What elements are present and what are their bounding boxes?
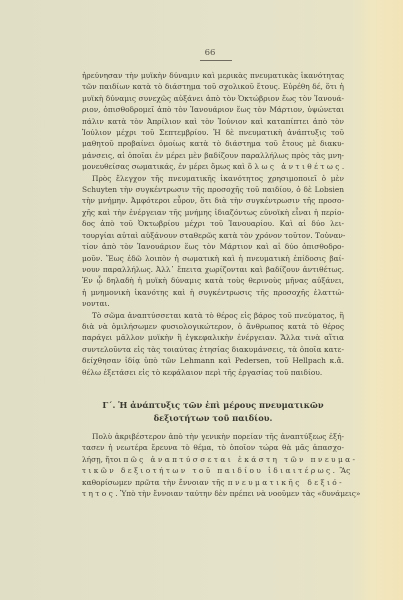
- section-heading: Γ΄. Ἡ ἀνάπτυξις τῶν ἐπὶ μέρους πνευματικ…: [82, 399, 344, 424]
- text-line: τὴν μνήμην. Ἀμφότεροι εὗρον, ὅτι διὰ τὴν…: [82, 195, 344, 206]
- paragraph-2: Πρὸς ἔλεγχον τῆς πνευματικῆς ἱκανότητος …: [82, 173, 344, 310]
- section-heading-line-2: δεξιοτήτων τοῦ παιδίου.: [82, 412, 344, 425]
- text-line: δος ἀπὸ τοῦ Ὀκτωβρίου μέχρι τοῦ Ἰανουαρί…: [82, 218, 344, 229]
- text-line: παράγει μᾶλλον μυϊκὴν ἢ ἐγκεφαλικὴν ἐνέρ…: [82, 332, 344, 343]
- text-line: μονευθείσας σωματικάς, ἐν μέρει ὅμως καὶ…: [82, 161, 344, 172]
- text-line: μοῦν. Ἕως ἐδῶ λοιπὸν ἡ σωματικὴ καὶ ἡ πν…: [82, 253, 344, 264]
- text-fragment: καθορίσωμεν πρῶτα τὴν ἔννοιαν τῆς: [82, 478, 228, 487]
- page-number: 66: [186, 48, 234, 58]
- text-line: ριον, ὀπισθοδρομεῖ ἀπὸ τὸν Ἰανουάριον ἕω…: [82, 104, 344, 115]
- text-line: Ἐν ᾧ δηλαδὴ ἡ μυϊκὴ δύναμις κατὰ τοὺς θε…: [82, 275, 344, 286]
- emphasized-text: ὅλως ἀντιθέτως.: [248, 162, 347, 171]
- text-line: ἡ μνημονικὴ ἱκανότης καὶ ἡ συγκέντρωσις …: [82, 287, 344, 298]
- text-line: θέλω ἐξετάσει εἰς τὸ κεφάλαιον περὶ τῆς …: [82, 367, 344, 378]
- text-line: τικῶν δεξιοτήτων τοῦ παιδίου ἰδιαιτέρως.…: [82, 465, 344, 476]
- text-fragment: λήσῃ, ἤτοι: [82, 455, 124, 464]
- body-text-upper: ἠρεύνησαν τὴν μυϊκὴν δύναμιν καὶ μερικὰς…: [82, 70, 344, 378]
- scanned-page: 66 ἠρεύνησαν τὴν μυϊκὴν δύναμιν καὶ μερι…: [0, 0, 403, 600]
- text-line: Τὸ σῶμα ἀναπτύσσεται κατὰ τὸ θέρος εἰς β…: [82, 310, 344, 321]
- text-line: ἠρεύνησαν τὴν μυϊκὴν δύναμιν καὶ μερικὰς…: [82, 70, 344, 81]
- paragraph-4: Πολὺ ἀκριβέστερον ἀπὸ τὴν γενικὴν πορεία…: [82, 431, 344, 499]
- paragraph-3: Τὸ σῶμα ἀναπτύσσεται κατὰ τὸ θέρος εἰς β…: [82, 310, 344, 378]
- emphasized-text: πῶς ἀναπτύσσεται ἑκάστη τῶν πνευμα-: [124, 455, 358, 464]
- text-line: δείχθησαν ἰδίᾳ ὑπὸ τῶν Lehmann καὶ Peder…: [82, 355, 344, 366]
- emphasized-text: τητος.: [82, 489, 120, 498]
- text-line: διὰ νὰ ὁμιλήσωμεν φυσιολογικώτερον, ὁ ἄν…: [82, 321, 344, 332]
- text-line: Schuyten τὴν συγκέντρωσιν τῆς προσοχῆς τ…: [82, 184, 344, 195]
- text-line: μαθητοῦ προβαίνει ὁμοίως κατὰ τὸ διάστημ…: [82, 138, 344, 149]
- text-line: Πολὺ ἀκριβέστερον ἀπὸ τὴν γενικὴν πορεία…: [82, 431, 344, 442]
- page-number-rule: [200, 60, 232, 61]
- text-fragment: Ἂς: [337, 466, 350, 475]
- text-line: τίον ἀπὸ τὸν Ἰανουάριον ἕως τὸν Μάρτιον …: [82, 241, 344, 252]
- emphasized-text: τικῶν δεξιοτήτων τοῦ παιδίου ἰδιαιτέρως.: [82, 466, 337, 475]
- text-line: τασεν ἡ νεωτέρα ἔρευνα τὸ θέμα, τὸ ὁποῖο…: [82, 442, 344, 453]
- text-line: λήσῃ, ἤτοι πῶς ἀναπτύσσεται ἑκάστη τῶν π…: [82, 454, 344, 465]
- text-line: τουργίαι αὐταὶ αὐξάνουν σταθερῶς κατὰ τὸ…: [82, 230, 344, 241]
- section-heading-line-1: Γ΄. Ἡ ἀνάπτυξις τῶν ἐπὶ μέρους πνευματικ…: [82, 399, 344, 412]
- text-fragment: μονευθείσας σωματικάς, ἐν μέρει ὅμως καὶ: [82, 162, 248, 171]
- text-line: καθορίσωμεν πρῶτα τὴν ἔννοιαν τῆς πνευμα…: [82, 477, 344, 488]
- text-line: μυϊκὴ δύναμις συνεχῶς αὐξάνει ἀπὸ τὸν Ὀκ…: [82, 93, 344, 104]
- text-line: συντελοῦντα εἰς τὰς τοιαύτας ἐτησίας δια…: [82, 344, 344, 355]
- text-fragment: Ὑπὸ τὴν ἔννοιαν ταύτην δὲν πρέπει νὰ νοο…: [120, 489, 361, 498]
- text-line: νουν παραλλήλως. Ἀλλ᾽ ἔπειτα χωρίζονται …: [82, 264, 344, 275]
- text-line: τῶν παιδίων κατὰ τὸ διάστημα τοῦ σχολικο…: [82, 81, 344, 92]
- text-line: Ἰούλιον μέχρι τοῦ Σεπτεμβρίου. Ἡ δὲ πνευ…: [82, 127, 344, 138]
- emphasized-text: πνευματικῆς δεξιό-: [228, 478, 344, 487]
- text-line: χῆς καὶ τὴν ἐνέργειαν τῆς μνήμης ἰδιαζόν…: [82, 207, 344, 218]
- paragraph-1: ἠρεύνησαν τὴν μυϊκὴν δύναμιν καὶ μερικὰς…: [82, 70, 344, 173]
- text-line: πάλιν κατὰ τὸν Ἀπρίλιον καὶ τὸν Ἰούνιον …: [82, 116, 344, 127]
- text-line: μάνσεις, αἱ ὁποῖαι ἐν μέρει μὲν βαδίζουν…: [82, 150, 344, 161]
- text-line: Πρὸς ἔλεγχον τῆς πνευματικῆς ἱκανότητος …: [82, 173, 344, 184]
- text-line: νονται.: [82, 298, 344, 309]
- text-line: τητος.Ὑπὸ τὴν ἔννοιαν ταύτην δὲν πρέπει …: [82, 488, 344, 499]
